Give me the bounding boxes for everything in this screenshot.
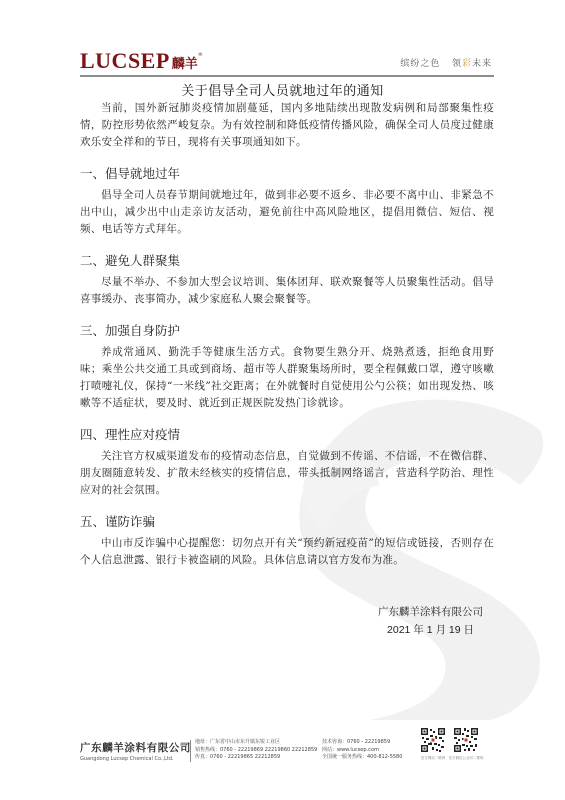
section-heading: 一、倡导就地过年 xyxy=(80,165,494,182)
footer-contact-col-2: 技术咨询：0760 - 22219859 网站：www.lucsep.com 全… xyxy=(322,739,402,762)
document-page: LUCSEP 麟羊 ® 缤纷之色 领彩未来 关于倡导全司人员就地过年的通知 当前… xyxy=(0,0,565,800)
footer-contact-col-1: 地址：广东省中山市东升镇东锐工业区 销售热线：0760 - 22219869 2… xyxy=(195,739,317,762)
footer-fax: 传真：0760 - 22219865 22212859 xyxy=(195,754,317,762)
document-body: 当前，国外新冠肺炎疫情加剧蔓延，国内多地陆续出现散发病例和局部聚集性疫情，防控形… xyxy=(80,100,494,569)
section-body: 尽量不举办、不参加大型会议培训、集体团拜、联欢聚餐等人员聚集性活动。倡导喜事缓办… xyxy=(80,274,494,308)
section-body: 中山市反诈骗中心提醒您：切勿点开有关“预约新冠疫苗”的短信或链接，否则存在个人信… xyxy=(80,535,494,569)
footer-tech-support: 技术咨询：0760 - 22219859 xyxy=(322,739,402,747)
signature-block: 广东麟羊涂料有限公司 2021 年 1 月 19 日 xyxy=(378,603,483,639)
section-heading: 二、避免人群聚集 xyxy=(80,252,494,269)
signature-date: 2021 年 1 月 19 日 xyxy=(378,621,483,639)
section-body: 倡导全司人员春节期间就地过年，做到非必要不返乡、非必要不离中山、非紧急不出中山，… xyxy=(80,187,494,238)
slogan-accent: 彩 xyxy=(462,59,472,69)
footer-service-hotline: 全国统一服务热线：400-812-5580 xyxy=(322,754,402,762)
section-heading: 三、加强自身防护 xyxy=(80,322,494,339)
section-heading: 五、谨防诈骗 xyxy=(80,513,494,530)
qr-code-icon xyxy=(453,727,479,753)
qr-caption-website: 官方网站二维码 xyxy=(415,756,451,761)
letterhead: LUCSEP 麟羊 ® 缤纷之色 领彩未来 xyxy=(80,48,494,76)
footer-divider xyxy=(190,740,191,762)
document-title: 关于倡导全司人员就地过年的通知 xyxy=(0,80,565,99)
slogan: 缤纷之色 领彩未来 xyxy=(400,56,492,69)
signature-company: 广东麟羊涂料有限公司 xyxy=(378,603,483,621)
footer-company-en: Guangdong Lucsep Chemical Co.,Ltd. xyxy=(80,756,191,762)
qr-caption-wechat: 官方微信公众号二维码 xyxy=(448,756,484,761)
registered-mark: ® xyxy=(198,52,203,58)
company-logo: LUCSEP 麟羊 ® xyxy=(80,48,203,74)
footer-company: 广东麟羊涂料有限公司 Guangdong Lucsep Chemical Co.… xyxy=(80,740,191,762)
logo-chinese-name: 麟羊 xyxy=(172,53,198,72)
qr-code-icon xyxy=(420,727,446,753)
slogan-text-2: 领 xyxy=(452,59,462,69)
footer-sales-hotline: 销售热线：0760 - 22219869 22219860 22212859 xyxy=(195,747,317,755)
footer-website: 网站：www.lucsep.com xyxy=(322,747,402,755)
section-body: 养成常通风、勤洗手等健康生活方式。食物要生熟分开、烧熟煮透，拒绝食用野味；乘坐公… xyxy=(80,344,494,412)
section-body: 关注官方权威渠道发布的疫情动态信息，自觉做到不传谣、不信谣，不在微信群、朋友圈随… xyxy=(80,448,494,499)
section-heading: 四、理性应对疫情 xyxy=(80,426,494,443)
intro-paragraph: 当前，国外新冠肺炎疫情加剧蔓延，国内多地陆续出现散发病例和局部聚集性疫情，防控形… xyxy=(80,100,494,151)
logo-wordmark: LUCSEP xyxy=(80,48,170,74)
footer-company-cn: 广东麟羊涂料有限公司 xyxy=(80,740,191,755)
header-divider xyxy=(80,75,494,77)
footer-address: 地址：广东省中山市东升镇东锐工业区 xyxy=(195,739,317,747)
slogan-text-1: 缤纷之色 xyxy=(400,59,440,69)
letterhead-footer: 广东麟羊涂料有限公司 Guangdong Lucsep Chemical Co.… xyxy=(80,735,494,775)
slogan-text-3: 未来 xyxy=(472,59,492,69)
